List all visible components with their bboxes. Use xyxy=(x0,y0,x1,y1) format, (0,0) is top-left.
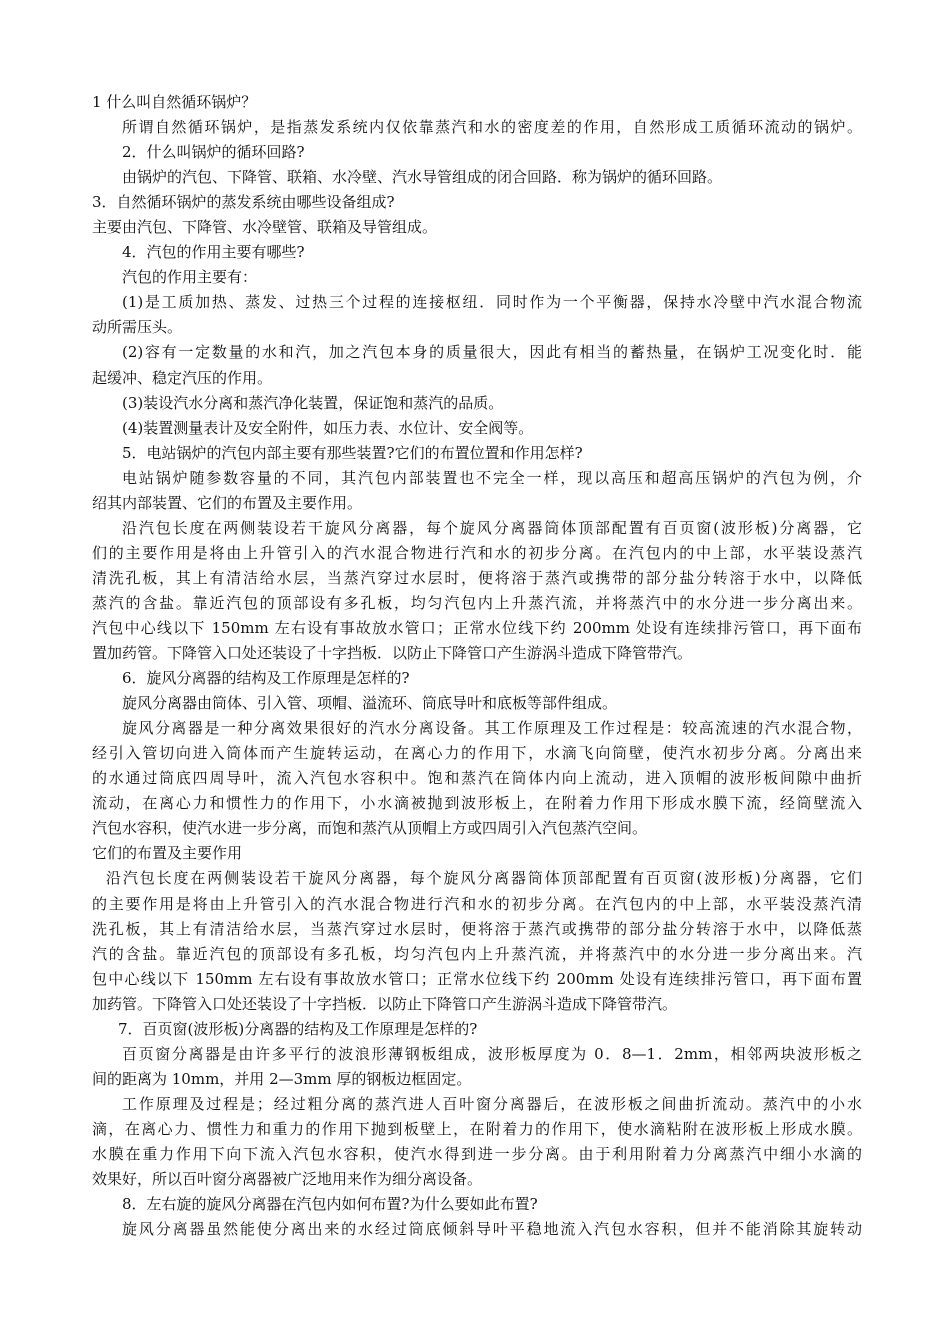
text-line: 蒸汽的含盐。靠近汽包的顶部设有多孔板，均匀汽包内上升蒸汽流，并将蒸汽中的水分进一… xyxy=(92,591,862,616)
text-line: 5．电站锅炉的汽包内部主要有那些装置?它们的布置位置和作用怎样? xyxy=(92,441,862,466)
text-line: 汽包水容积，使汽水进一步分离，而饱和蒸汽从顶帽上方或四周引入汽包蒸汽空间。 xyxy=(92,816,862,841)
text-line: 滴，在离心力、惯性力和重力的作用下抛到板壁上，在附着力的作用下，使水滴粘附在波形… xyxy=(92,1117,862,1142)
text-line: (3)装设汽水分离和蒸汽净化装置，保证饱和蒸汽的品质。 xyxy=(92,391,862,416)
text-line: 3．自然循环锅炉的蒸发系统由哪些设备组成? xyxy=(92,190,862,215)
text-line: 绍其内部装置、它们的布置及主要作用。 xyxy=(92,491,862,516)
text-line: 包中心线以下 150mm 左右设有事故放水管口；正常水位线下约 200mm 处设… xyxy=(92,967,862,992)
text-line: 经引入管切向进入筒体而产生旋转运动，在离心力的作用下，水滴飞向筒壁，使汽水初步分… xyxy=(92,741,862,766)
text-line: 汽包中心线以下 150mm 左右设有事故放水管口；正常水位线下约 200mm 处… xyxy=(92,616,862,641)
text-line: 6．旋风分离器的结构及工作原理是怎样的? xyxy=(92,666,862,691)
text-line: 洗孔板，其上有清洁给水层，当蒸汽穿过水层时，便将溶于蒸汽或携带的部分盐分转溶于水… xyxy=(92,917,862,942)
text-line: 旋风分离器由筒体、引入管、项帽、溢流环、筒底导叶和底板等部件组成。 xyxy=(92,691,862,716)
text-line: 7．百页窗(波形板)分离器的结构及工作原理是怎样的? xyxy=(92,1017,862,1042)
text-line: 加药管。下降管入口处还装设了十字挡板．以防止下降管口产生游涡斗造成下降管带汽。 xyxy=(92,992,862,1017)
text-line: 工作原理及过程是；经过粗分离的蒸汽进人百叶窗分离器后，在波形板之间曲折流动。蒸汽… xyxy=(92,1092,862,1117)
text-line: 起缓冲、稳定汽压的作用。 xyxy=(92,366,862,391)
text-line: 旋风分离器是一种分离效果很好的汽水分离设备。其工作原理及工作过程是：较高流速的汽… xyxy=(92,716,862,741)
text-line: 1 什么叫自然循环锅炉？ xyxy=(92,90,862,115)
text-line: 的水通过筒底四周导叶，流入汽包水容积中。饱和蒸汽在筒体内向上流动，进入顶帽的波形… xyxy=(92,766,862,791)
text-line: 百页窗分离器是由许多平行的波浪形薄钢板组成，波形板厚度为 0．8—1．2mm，相… xyxy=(92,1042,862,1067)
text-line: 置加药管。下降管入口处还装设了十字挡板．以防止下降管口产生游涡斗造成下降管带汽。 xyxy=(92,641,862,666)
text-line: 汽的含盐。靠近汽包的顶部设有多孔板，均匀汽包内上升蒸汽流，并将蒸汽中的水分进一步… xyxy=(92,942,862,967)
text-line: 4．汽包的作用主要有哪些? xyxy=(92,240,862,265)
text-line: 由锅炉的汽包、下降管、联箱、水冷壁、汽水导管组成的闭合回路．称为锅炉的循环回路。 xyxy=(92,165,862,190)
text-line: 沿汽包长度在两侧装设若干旋风分离器，每个旋风分离器筒体顶部配置有百页窗(波形板)… xyxy=(92,516,862,541)
text-line: 旋风分离器虽然能使分离出来的水经过筒底倾斜导叶平稳地流入汽包水容积，但并不能消除… xyxy=(92,1217,862,1242)
text-line: 流动，在离心力和惯性力的作用下，小水滴被抛到波形板上，在附着力作用下形成水膜下流… xyxy=(92,791,862,816)
text-line: 电站锅炉随参数容量的不同，其汽包内部装置也不完全一样，现以高压和超高压锅炉的汽包… xyxy=(92,466,862,491)
text-line: 所谓自然循环锅炉，是指蒸发系统内仅依靠蒸汽和水的密度差的作用，自然形成工质循环流… xyxy=(92,115,862,140)
text-line: 的主要作用是将由上升管引入的汽水混合物进行汽和水的初步分离。在汽包内的中上部，水… xyxy=(92,892,862,917)
text-line: 它们的布置及主要作用 xyxy=(92,841,862,866)
text-line: 动所需压头。 xyxy=(92,315,862,340)
text-line: 8．左右旋的旋风分离器在汽包内如何布置?为什么要如此布置? xyxy=(92,1192,862,1217)
text-line: (4)装置测量表计及安全附件，如压力表、水位计、安全阀等。 xyxy=(92,416,862,441)
text-line: 2．什么叫锅炉的循环回路? xyxy=(92,140,862,165)
text-line: 主要由汽包、下降管、水冷壁管、联箱及导管组成。 xyxy=(92,215,862,240)
text-line: 间的距离为 10mm，并用 2—3mm 厚的钢板边框固定。 xyxy=(92,1067,862,1092)
text-line: 清洗孔板，其上有清洁给水层，当蒸汽穿过水层时，便将溶于蒸汽或携带的部分盐分转溶于… xyxy=(92,566,862,591)
text-line: 水膜在重力作用下向下流入汽包水容积，使汽水得到进一步分离。由于利用附着力分离蒸汽… xyxy=(92,1142,862,1167)
text-line: 汽包的作用主要有： xyxy=(92,265,862,290)
text-line: 沿汽包长度在两侧装设若干旋风分离器，每个旋风分离器筒体顶部配置有百页窗(波形板)… xyxy=(92,866,862,891)
text-line: (2)容有一定数量的水和汽，加之汽包本身的质量很大，因此有相当的蓄热量，在锅炉工… xyxy=(92,340,862,365)
text-line: 们的主要作用是将由上升管引入的汽水混合物进行汽和水的初步分离。在汽包内的中上部，… xyxy=(92,541,862,566)
text-line: (1)是工质加热、蒸发、过热三个过程的连接枢纽．同时作为一个平衡器，保持水冷壁中… xyxy=(92,290,862,315)
document-page: 1 什么叫自然循环锅炉？所谓自然循环锅炉，是指蒸发系统内仅依靠蒸汽和水的密度差的… xyxy=(92,90,862,1242)
text-line: 效果好，所以百叶窗分离器被广泛地用来作为细分离设备。 xyxy=(92,1167,862,1192)
